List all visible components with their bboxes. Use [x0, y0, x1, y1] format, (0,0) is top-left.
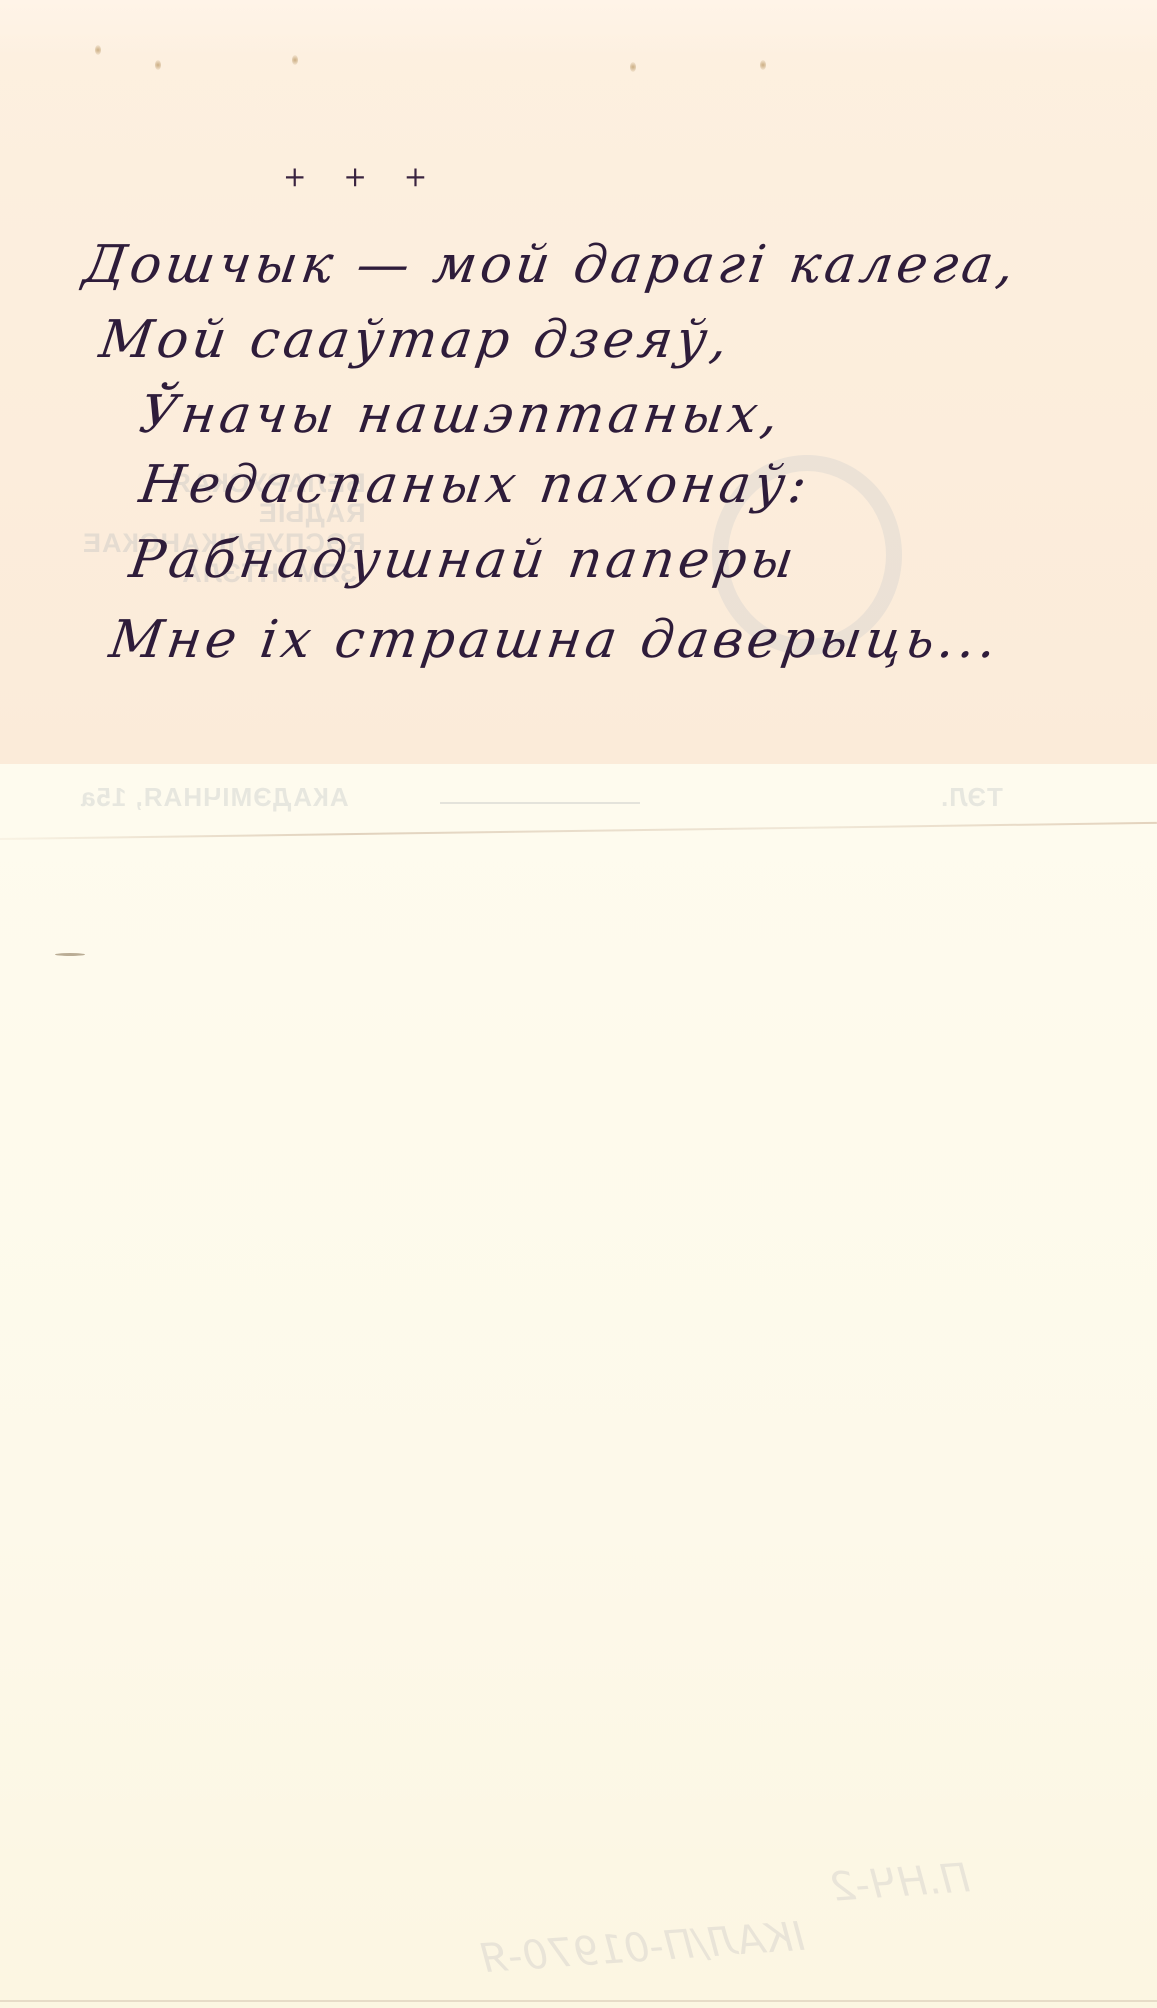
poem-line: Дошчык — мой дарагі калега, [80, 235, 1022, 295]
poem-line: Мне іх страшна даверыць... [106, 610, 1004, 670]
poem-line: Рабнадушнай паперы [126, 530, 801, 590]
poem-line: Ўначы нашэптаных, [136, 385, 786, 445]
handwritten-poem: + + + Дошчык — мой дарагі калега, Мой са… [0, 0, 1157, 760]
pencil-note-line: П.НЧ-2 [829, 1855, 972, 1911]
bottom-sheet [0, 764, 1157, 2008]
poem-line: Недаспаных пахонаў: [136, 455, 815, 515]
footer-rule [440, 802, 640, 804]
poem-ornament: + + + [283, 160, 441, 193]
margin-mark [55, 953, 85, 956]
poem-line: Мой сааўтар дзеяў, [96, 310, 736, 370]
footer-address: АКАДЭМІЧНАЯ, 15а [80, 782, 349, 813]
footer-phone-label: ТЭЛ. [940, 782, 1003, 813]
paper-bottom-edge [0, 2000, 1157, 2002]
